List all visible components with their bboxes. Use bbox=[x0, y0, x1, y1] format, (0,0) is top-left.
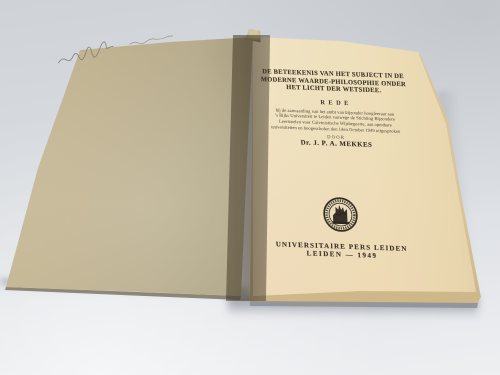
title-page-content: DE BETEEKENIS VAN HET SUBJECT IN DE MODE… bbox=[259, 62, 416, 261]
handwriting-pencil-icon bbox=[51, 35, 187, 78]
book-photo-scene: DE BETEEKENIS VAN HET SUBJECT IN DE MODE… bbox=[0, 0, 500, 375]
book-title: DE BETEEKENIS VAN HET SUBJECT IN DE MODE… bbox=[259, 68, 407, 96]
publisher-seal-icon bbox=[320, 195, 360, 234]
occasion-text: bij de aanvaarding van het ambt van bijz… bbox=[261, 107, 409, 135]
publisher-seal-wrap bbox=[266, 193, 415, 236]
